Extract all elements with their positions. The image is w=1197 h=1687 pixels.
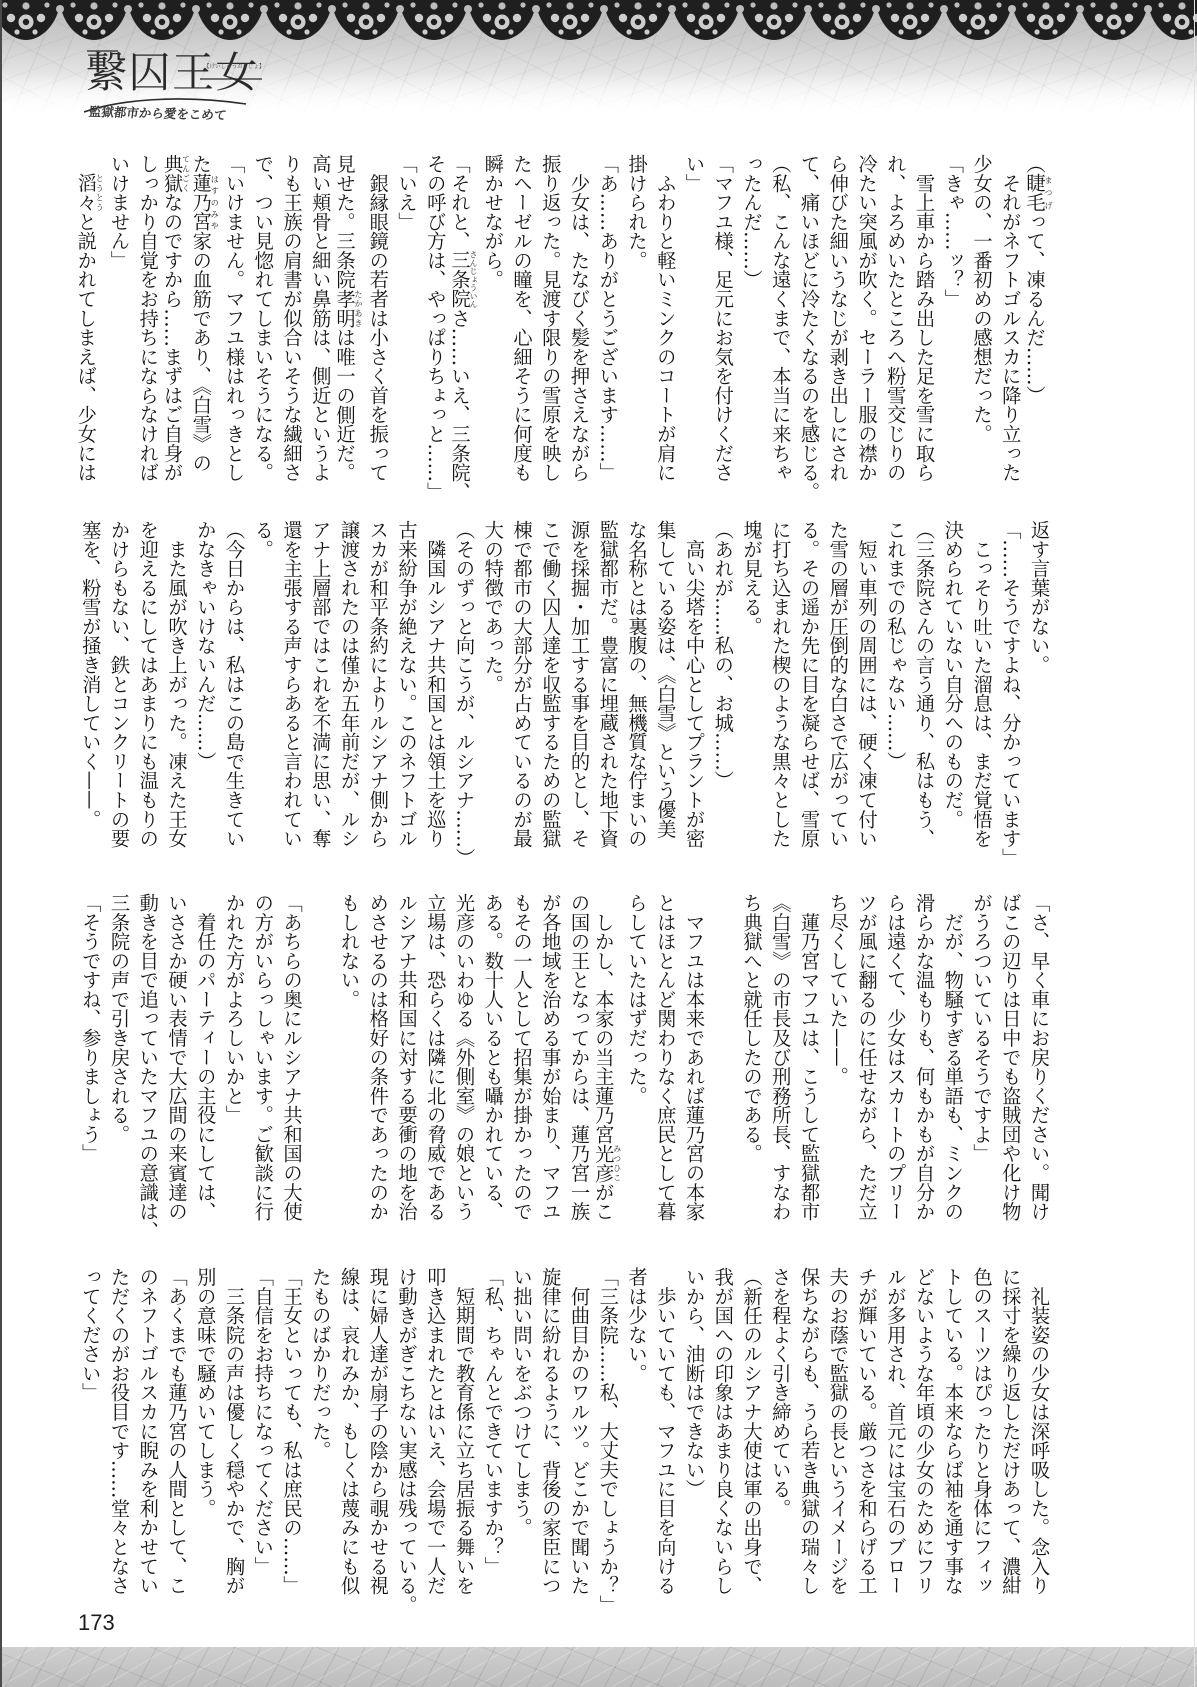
text-column: トしている。本来ならば袖を通す事な (938, 1267, 967, 1595)
ruby-base: 睫毛 (1023, 173, 1046, 212)
text-column: が各地域を治める事が始まり、マフユ (535, 893, 564, 1221)
ruby-annotated-word: 典獄てんごく (161, 154, 184, 193)
text-column: こっそり吐いた溜息は、まだ覚悟を (966, 520, 995, 848)
text-column: 大の特徴であった。 (478, 520, 507, 848)
text-column: 旋律に紛れるように、背後の家臣につ (535, 1267, 564, 1595)
series-title: 繋囚王女 (85, 47, 259, 99)
ruby-base: 典獄 (161, 154, 184, 193)
text-column: 何曲目かのワルツ。どこかで聞いた (564, 1267, 593, 1595)
ruby-base: 光彦 (592, 1144, 615, 1183)
text-column: かれた方がよろしいかと」 (219, 893, 248, 1221)
text-column: 着任のパーティーの主役にしては、 (190, 893, 219, 1221)
text-segment: は唯一の側近だ。 (333, 328, 356, 482)
text-column: もその一人として招集が掛かったので (506, 893, 535, 1221)
text-column: 瞬かせながら。 (478, 154, 507, 482)
ruby-reading: まつげ (1044, 173, 1053, 212)
text-column: 「きゃ……ッ？」 (938, 154, 967, 482)
text-column: で、つい見惚れてしまいそうになる。 (248, 154, 277, 482)
text-column: を迎えるにしてはあまりにも温もりの (133, 520, 162, 848)
text-column: 保ちながらも、うら若き典獄の瑞々し (794, 1267, 823, 1595)
text-column: がうろついているそうですよ」 (966, 893, 995, 1221)
text-column: ルが多用され、首元には宝石のブロー (880, 1267, 909, 1595)
text-column: こで働く囚人達を収監するための監獄 (535, 520, 564, 848)
text-column: 少女は、たなびく髪を押さえながら (564, 154, 593, 482)
text-column: 《白雪》の市長及び刑務所長、すなわ (765, 893, 794, 1221)
text-column: ってください」 (75, 1267, 104, 1595)
text-column: 返す言葉がない。 (1024, 520, 1053, 848)
text-column: 「……そうですよね、分かっています」 (995, 520, 1024, 848)
ruby-annotated-word: 孝明たかあき (333, 289, 356, 328)
blank-line (708, 893, 737, 1221)
ruby-base: 孝明 (333, 289, 356, 328)
text-column: ただくのがお役目です……堂々となさ (104, 1267, 133, 1595)
text-column: 夫のお蔭で監獄の長というイメージを (823, 1267, 852, 1595)
text-segment: 「それと、 (448, 154, 471, 250)
text-column: に採寸を繰り返しただけあって、濃紺 (995, 1267, 1024, 1595)
text-column: ったんだ……） (736, 154, 765, 482)
series-logo: 繋囚王女 【けいしゅうおうじょ】 監獄都市から愛をこめて (0, 0, 300, 130)
text-column: 塊が見える。 (736, 520, 765, 848)
text-column: （あれが……私の、お城……） (708, 520, 737, 848)
text-column: る。その遥か先に目を凝らせば、雪原 (794, 520, 823, 848)
text-column: 光彦のいわゆる《外側室》の娘という (449, 893, 478, 1221)
text-column: らしていたはずだった。 (621, 893, 650, 1221)
text-column: 冷たい突風が吹く。セーラー服の襟か (851, 154, 880, 482)
text-column: の国の王となってからは、蓮乃宮一族 (564, 893, 593, 1221)
text-column: ら伸びた細いうなじが剥き出しにされ (823, 154, 852, 482)
text-column: 「それと、三条院さんじょういんさ……いえ、三条院、 (449, 154, 478, 482)
text-column: たものばかりだった。 (305, 1267, 334, 1595)
text-tier-3: 「さ、早く車にお戻りください。聞けばこの辺りは日中でも盗賊団や化け物がうろついて… (75, 893, 1053, 1221)
text-column: 譲渡されたのは僅か五年前だが、ルシ (334, 520, 363, 848)
text-column: 「自信をお持ちになってください」 (248, 1267, 277, 1595)
text-column: ち尽くしていた——。 (823, 893, 852, 1221)
ruby-base: 蓮乃宮 (189, 173, 212, 231)
ruby-base: 三条院 (448, 250, 471, 308)
text-column: マフユは本来であれば蓮乃宮の本家 (679, 893, 708, 1221)
text-column: 滑らかな温もりも、何もかもが自分か (909, 893, 938, 1221)
text-column: 「いえ」 (391, 154, 420, 482)
text-column: 「私、ちゃんとできていますか？」 (478, 1267, 507, 1595)
text-column: （新任のルシアナ大使は軍の出身で、 (736, 1267, 765, 1595)
text-column: それがネフトゴルスカに降り立った (995, 154, 1024, 482)
text-column: 礼装姿の少女は深呼吸した。念入り (1024, 1267, 1053, 1595)
text-column: 隣国ルシアナ共和国とは領土を巡り (420, 520, 449, 848)
text-column: その呼び方は、やっぱりちょっと……」 (420, 154, 449, 482)
text-column: 短期間で教育係に立ち居振る舞いを (449, 1267, 478, 1595)
text-column: 歩いていても、マフユに目を向ける (650, 1267, 679, 1595)
text-column: 「いけません。マフユ様はれっきとし (219, 154, 248, 482)
text-column: 古来紛争が絶えない。このネフトゴル (391, 520, 420, 848)
text-column: いけません」 (104, 154, 133, 482)
text-column: かけらもない、鉄とコンクリートの要 (104, 520, 133, 848)
text-column: 監獄都市だ。豊富に埋蔵された地下資 (593, 520, 622, 848)
text-column: る。 (248, 520, 277, 848)
text-column: 「そうですね、参りましょう」 (75, 893, 104, 1221)
text-segment: って、凍るんだ……） (1023, 212, 1046, 405)
text-column: どないような年頃の少女のためにフリ (909, 1267, 938, 1595)
text-column: 決められていない自分へのものだ。 (938, 520, 967, 848)
text-column: りも王族の肩書が似合いそうな繊細さ (276, 154, 305, 482)
text-column: しかし、本家の当主蓮乃宮光彦みつひこがこ (593, 893, 622, 1221)
text-segment (74, 154, 97, 173)
text-column: い拙い問いをぶつけてしまう。 (506, 1267, 535, 1595)
ruby-reading: みつひこ (613, 1144, 622, 1183)
text-column: （今日からは、私はこの島で生きてい (219, 520, 248, 848)
text-column: 動きを目で追っていたマフユの意識は、 (133, 893, 162, 1221)
right-page-edge (1194, 0, 1195, 1687)
text-column: また風が吹き上がった。凍えた王女 (161, 520, 190, 848)
text-column: ある。数十人いるとも囁かれている、 (478, 893, 507, 1221)
text-column: 「あちらの奥にルシアナ共和国の大使 (276, 893, 305, 1221)
text-column: チが輝いている。厳つさを和らげる工 (851, 1267, 880, 1595)
text-column: いささか硬い表情で大広間の来賓達の (161, 893, 190, 1221)
text-column: け動きがぎこちない実感は残っている。 (391, 1267, 420, 1595)
text-column: 高い尖塔を中心としてプラントが密 (679, 520, 708, 848)
text-column: （三条院さんの言う通り、私はもう、 (909, 520, 938, 848)
text-column: 蓮乃宮マフユは、こうして監獄都市 (794, 893, 823, 1221)
ruby-reading: とうとう (95, 173, 104, 212)
text-column: 高い頬骨と細い鼻筋は、側近というよ (305, 154, 334, 482)
text-column: な名称とは裏腹の、無機質な佇まいの (621, 520, 650, 848)
text-column: 者は少ない。 (621, 1267, 650, 1595)
text-segment: と説かれてしまえば、少女には (74, 212, 97, 482)
text-column: 我が国への印象はあまり良くないらし (708, 1267, 737, 1595)
text-column: い」 (679, 154, 708, 482)
text-column: 短い車列の周囲には、硬く凍て付い (851, 520, 880, 848)
text-column: 源を採掘・加工する事を目的とし、そ (564, 520, 593, 848)
ruby-annotated-word: 滔々とうとう (74, 173, 97, 212)
footer-paper-texture (0, 1647, 1197, 1687)
text-column: 見せた。三条院孝明たかあきは唯一の側近だ。 (334, 154, 363, 482)
text-column: だが、物騒すぎる単語も、ミンクの (938, 893, 967, 1221)
text-column: これまでの私じゃない……） (880, 520, 909, 848)
text-column: いから、油断はできない） (679, 1267, 708, 1595)
text-column: 銀縁眼鏡の若者は小さく首を振って (363, 154, 392, 482)
text-column: とはほとんど関わりなく庶民として暮 (650, 893, 679, 1221)
text-column: 三条院の声は優しく穏やかで、胸が (219, 1267, 248, 1595)
text-column: 少女の、一番初めの感想だった。 (966, 154, 995, 482)
text-column: しっかり自覚をお持ちにならなければ (133, 154, 162, 482)
series-title-reading: 【けいしゅうおうじょ】 (204, 63, 265, 71)
book-page: 繋囚王女 【けいしゅうおうじょ】 監獄都市から愛をこめて （睫毛まつげって、凍る… (0, 0, 1197, 1687)
text-tier-1: （睫毛まつげって、凍るんだ……） それがネフトゴルスカに降り立った少女の、一番初… (75, 154, 1053, 482)
text-column: 三条院の声で引き戻される。 (104, 893, 133, 1221)
text-column: ばこの辺りは日中でも盗賊団や化け物 (995, 893, 1024, 1221)
text-tier-4: 礼装姿の少女は深呼吸した。念入りに採寸を繰り返しただけあって、濃紺色のスーツはぴ… (75, 1267, 1053, 1595)
text-column: 叩き込まれたとはいえ、会場で一人だ (420, 1267, 449, 1595)
text-tier-2: 返す言葉がない。「……そうですよね、分かっています」 こっそり吐いた溜息は、まだ… (75, 520, 1053, 848)
ruby-reading: てんごく (182, 154, 191, 193)
text-column: ふわりと軽いミンクのコートが肩に (650, 154, 679, 482)
text-column: 線は、哀れみか、もしくは蔑みにも似 (334, 1267, 363, 1595)
text-column: 還を主張する声すらあると言われてい (276, 520, 305, 848)
ruby-annotated-word: 三条院さんじょういん (448, 250, 471, 308)
text-segment: さ……いえ、三条院、 (448, 308, 471, 501)
text-column: ち典獄へと就任したのである。 (736, 893, 765, 1221)
text-column: 棟で都市の大部分が占めているのが最 (506, 520, 535, 848)
ruby-annotated-word: 睫毛まつげ (1023, 173, 1046, 212)
text-column: 掛けられた。 (621, 154, 650, 482)
text-column: 振り返った。見渡す限りの雪原を映し (535, 154, 564, 482)
text-column: （そのずっと向こうが、ルシアナ……） (449, 520, 478, 848)
text-column: 色のスーツはぴったりと身体にフィッ (966, 1267, 995, 1595)
text-segment: しかし、本家の当主蓮乃宮 (592, 893, 615, 1144)
left-page-edge (0, 0, 2, 1687)
text-column: の方がいらっしゃいます。ご歓談に行 (248, 893, 277, 1221)
text-column: たヘーゼルの瞳を、心細そうに何度も (506, 154, 535, 482)
ruby-annotated-word: 光彦みつひこ (592, 1144, 615, 1183)
text-column: 「王女といっても、私は庶民の……」 (276, 1267, 305, 1595)
text-column: た雪の層が圧倒的な白さで広がってい (823, 520, 852, 848)
text-column: 現に婦人達が扇子の陰から覗かせる視 (363, 1267, 392, 1595)
text-column: て、痛いほどに冷たくなるのを感じる。 (794, 154, 823, 482)
ruby-annotated-word: 蓮乃宮はすのみや (189, 173, 212, 231)
text-column: スカが和平条約によりルシアナ側から (363, 520, 392, 848)
ruby-base: 滔々 (74, 173, 97, 212)
text-column: に打ち込まれた楔のような黒々とした (765, 520, 794, 848)
text-column: めさせるのは格好の条件であったのか (363, 893, 392, 1221)
page-number: 173 (78, 1610, 115, 1636)
text-segment: 家の血筋であり、《白雪》の (189, 231, 212, 472)
text-segment: なのですから……まずはご自身が (161, 193, 184, 482)
text-column: れ、よろめいたところへ粉雪交じりの (880, 154, 909, 482)
text-column: 「三条院……私、大丈夫でしょうか？」 (593, 1267, 622, 1595)
ruby-reading: はすのみや (210, 173, 219, 231)
text-column: （私、こんな遠くまで、本当に来ちゃ (765, 154, 794, 482)
text-column: 集している姿は、《白雪》という優美 (650, 520, 679, 848)
text-column: らは遠くて、少女はスカートのプリー (880, 893, 909, 1221)
text-column: 「あ……ありがとうございます……」 (593, 154, 622, 482)
text-column: 滔々とうとうと説かれてしまえば、少女には (75, 154, 104, 482)
text-column: さを程よく引き締めている。 (765, 1267, 794, 1595)
text-segment: た (189, 154, 212, 173)
ruby-reading: たかあき (354, 289, 363, 328)
ruby-reading: さんじょういん (469, 250, 478, 308)
text-column: ルシアナ共和国に対する要衝の地を治 (391, 893, 420, 1221)
text-column: 別の意味で騒めいてしまう。 (190, 1267, 219, 1595)
text-column: た蓮乃宮はすのみや家の血筋であり、《白雪》の (190, 154, 219, 482)
text-column: （睫毛まつげって、凍るんだ……） (1024, 154, 1053, 482)
text-column: かなきゃいけないんだ……） (190, 520, 219, 848)
text-column: 雪上車から踏み出した足を雪に取ら (909, 154, 938, 482)
text-column: アナ上層部ではこれを不満に思い、奪 (305, 520, 334, 848)
blank-line (305, 893, 334, 1221)
text-column: 「あくまでも蓮乃宮の人間として、こ (161, 1267, 190, 1595)
text-column: ツが風に翻るのに任せながら、ただ立 (851, 893, 880, 1221)
text-column: 「マフユ様、足元にお気を付けくださ (708, 154, 737, 482)
text-column: もしれない。 (334, 893, 363, 1221)
text-segment: （ (1023, 154, 1046, 173)
text-column: 塞を、粉雪が掻き消していく——。 (75, 520, 104, 848)
text-column: 「さ、早く車にお戻りください。聞け (1024, 893, 1053, 1221)
text-segment: 見せた。三条院 (333, 154, 356, 289)
text-column: のネフトゴルスカに睨みを利かせてい (133, 1267, 162, 1595)
text-column: 立場は、恐らくは隣に北の脅威である (420, 893, 449, 1221)
text-segment: がこ (592, 1182, 615, 1221)
